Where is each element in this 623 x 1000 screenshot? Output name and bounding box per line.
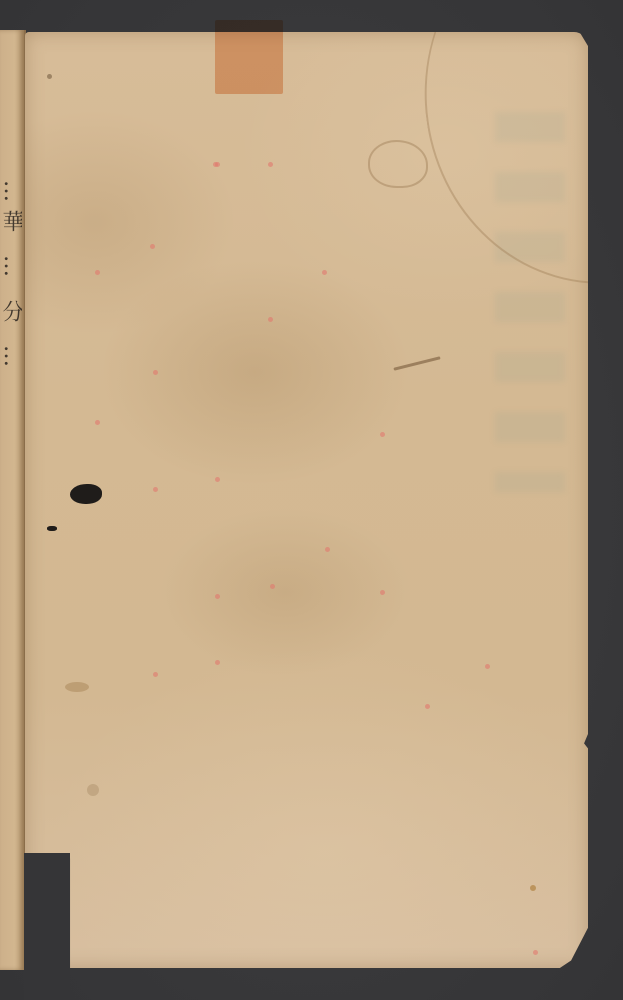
- red-dot: [533, 950, 538, 955]
- red-dot: [213, 162, 218, 167]
- red-dot: [153, 487, 158, 492]
- red-dot: [425, 704, 430, 709]
- red-dot: [485, 664, 490, 669]
- red-dot: [215, 477, 220, 482]
- red-dot: [270, 584, 275, 589]
- red-dot: [153, 370, 158, 375]
- red-dot: [322, 270, 327, 275]
- red-dot: [215, 594, 220, 599]
- stain-spot: [65, 682, 89, 692]
- red-dot: [95, 270, 100, 275]
- facing-page-strip: …華 … 分 …: [0, 30, 26, 970]
- red-dot: [153, 672, 158, 677]
- red-dot: [380, 590, 385, 595]
- stain-spot: [87, 784, 99, 796]
- red-dot: [325, 547, 330, 552]
- red-dot: [215, 660, 220, 665]
- red-dot: [150, 244, 155, 249]
- ink-mark-icon: [47, 526, 57, 531]
- ring-stain: [368, 140, 428, 188]
- manuscript-page: [25, 32, 588, 968]
- stain-spot: [47, 74, 52, 79]
- ink-blot-icon: [70, 484, 102, 504]
- red-dot: [380, 432, 385, 437]
- red-dot: [268, 162, 273, 167]
- paper-tear-mark: [393, 356, 440, 371]
- seal-stamp-icon: [215, 20, 283, 94]
- page-notch: [24, 853, 70, 1000]
- stain-spot: [530, 885, 536, 891]
- red-dot: [95, 420, 100, 425]
- red-dot: [268, 317, 273, 322]
- facing-page-text: …華 … 分 …: [0, 180, 22, 375]
